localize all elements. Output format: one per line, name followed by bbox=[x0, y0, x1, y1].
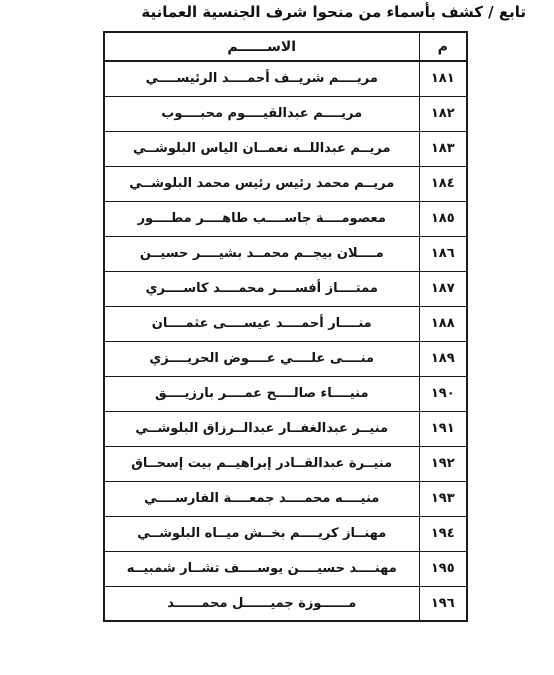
row-name: مــــلان بيجــم محمــد بشيــــر حسيــن bbox=[104, 236, 419, 271]
row-name: ممتــــاز أفســــر محمــــد كاســــري bbox=[104, 271, 419, 306]
column-header-name: الاســــــم bbox=[104, 32, 419, 61]
row-index: ١٨١ bbox=[419, 61, 467, 96]
table-row: ١٩٠ منيــــاء صالــــح عمــــر بارزيــــ… bbox=[104, 376, 467, 411]
row-index: ١٩٥ bbox=[419, 551, 467, 586]
row-index: ١٨٣ bbox=[419, 131, 467, 166]
row-name: مــــــوزة جميــــــل محمــــــد bbox=[104, 586, 419, 621]
row-name: مريــم محمد رئيس رئيس محمد البلوشــي bbox=[104, 166, 419, 201]
row-index: ١٨٩ bbox=[419, 341, 467, 376]
row-name: مريــــم شريــف أحمــــد الرئيســــي bbox=[104, 61, 419, 96]
table-row: ١٩٥ مهنــــد حسيــــن يوســــف تشــار شم… bbox=[104, 551, 467, 586]
column-header-index: م bbox=[419, 32, 467, 61]
row-name: منــــى علــــي عــــوض الحريــــزي bbox=[104, 341, 419, 376]
row-index: ١٩٦ bbox=[419, 586, 467, 621]
table-row: ١٩١ منيــر عبدالغفــار عبدالــرزاق البلو… bbox=[104, 411, 467, 446]
row-name: مهنــــد حسيــــن يوســــف تشــار شمبيــ… bbox=[104, 551, 419, 586]
row-name: منيــرة عبدالقــادر إبراهيــم بيت إسحــا… bbox=[104, 446, 419, 481]
row-index: ١٨٦ bbox=[419, 236, 467, 271]
table-row: ١٨١ مريــــم شريــف أحمــــد الرئيســــي bbox=[104, 61, 467, 96]
table-row: ١٨٨ منــــار أحمــــد عيســــى عثمــــان bbox=[104, 306, 467, 341]
row-name: مهنــاز كريــــم بخــش ميــاه البلوشــي bbox=[104, 516, 419, 551]
table-row: ١٩٤ مهنــاز كريــــم بخــش ميــاه البلوش… bbox=[104, 516, 467, 551]
table-row: ١٨٧ ممتــــاز أفســــر محمــــد كاســــر… bbox=[104, 271, 467, 306]
table-row: ١٨٤ مريــم محمد رئيس رئيس محمد البلوشــي bbox=[104, 166, 467, 201]
row-index: ١٩٠ bbox=[419, 376, 467, 411]
names-table: م الاســــــم ١٨١ مريــــم شريــف أحمـــ… bbox=[103, 31, 468, 622]
row-name: مريــــم عبدالقيــــوم محبــــوب bbox=[104, 96, 419, 131]
row-name: مريــم عبداللــه نعمــان الياس البلوشــي bbox=[104, 131, 419, 166]
row-name: معصومــــة جاســــب طاهــــر مطــــور bbox=[104, 201, 419, 236]
table-row: ١٩٦ مــــــوزة جميــــــل محمــــــد bbox=[104, 586, 467, 621]
table-header-row: م الاســــــم bbox=[104, 32, 467, 61]
row-index: ١٨٥ bbox=[419, 201, 467, 236]
table-row: ١٨٢ مريــــم عبدالقيــــوم محبــــوب bbox=[104, 96, 467, 131]
table-row: ١٨٥ معصومــــة جاســــب طاهــــر مطــــو… bbox=[104, 201, 467, 236]
row-index: ١٩٣ bbox=[419, 481, 467, 516]
page-title: تابع / كشف بأسماء من منحوا شرف الجنسية ا… bbox=[141, 3, 526, 21]
row-index: ١٨٨ bbox=[419, 306, 467, 341]
table-row: ١٩٣ منيــــه محمــــد جمعــــة الفارســـ… bbox=[104, 481, 467, 516]
document-page: تابع / كشف بأسماء من منحوا شرف الجنسية ا… bbox=[0, 0, 554, 675]
row-index: ١٨٧ bbox=[419, 271, 467, 306]
row-index: ١٨٤ bbox=[419, 166, 467, 201]
row-name: منيــر عبدالغفــار عبدالــرزاق البلوشــي bbox=[104, 411, 419, 446]
table-row: ١٨٣ مريــم عبداللــه نعمــان الياس البلو… bbox=[104, 131, 467, 166]
row-index: ١٩٤ bbox=[419, 516, 467, 551]
table-row: ١٨٩ منــــى علــــي عــــوض الحريــــزي bbox=[104, 341, 467, 376]
table-row: ١٩٢ منيــرة عبدالقــادر إبراهيــم بيت إس… bbox=[104, 446, 467, 481]
row-name: منيــــه محمــــد جمعــــة الفارســــي bbox=[104, 481, 419, 516]
row-name: منــــار أحمــــد عيســــى عثمــــان bbox=[104, 306, 419, 341]
row-name: منيــــاء صالــــح عمــــر بارزيــــق bbox=[104, 376, 419, 411]
table-row: ١٨٦ مــــلان بيجــم محمــد بشيــــر حسيـ… bbox=[104, 236, 467, 271]
row-index: ١٩١ bbox=[419, 411, 467, 446]
row-index: ١٨٢ bbox=[419, 96, 467, 131]
row-index: ١٩٢ bbox=[419, 446, 467, 481]
